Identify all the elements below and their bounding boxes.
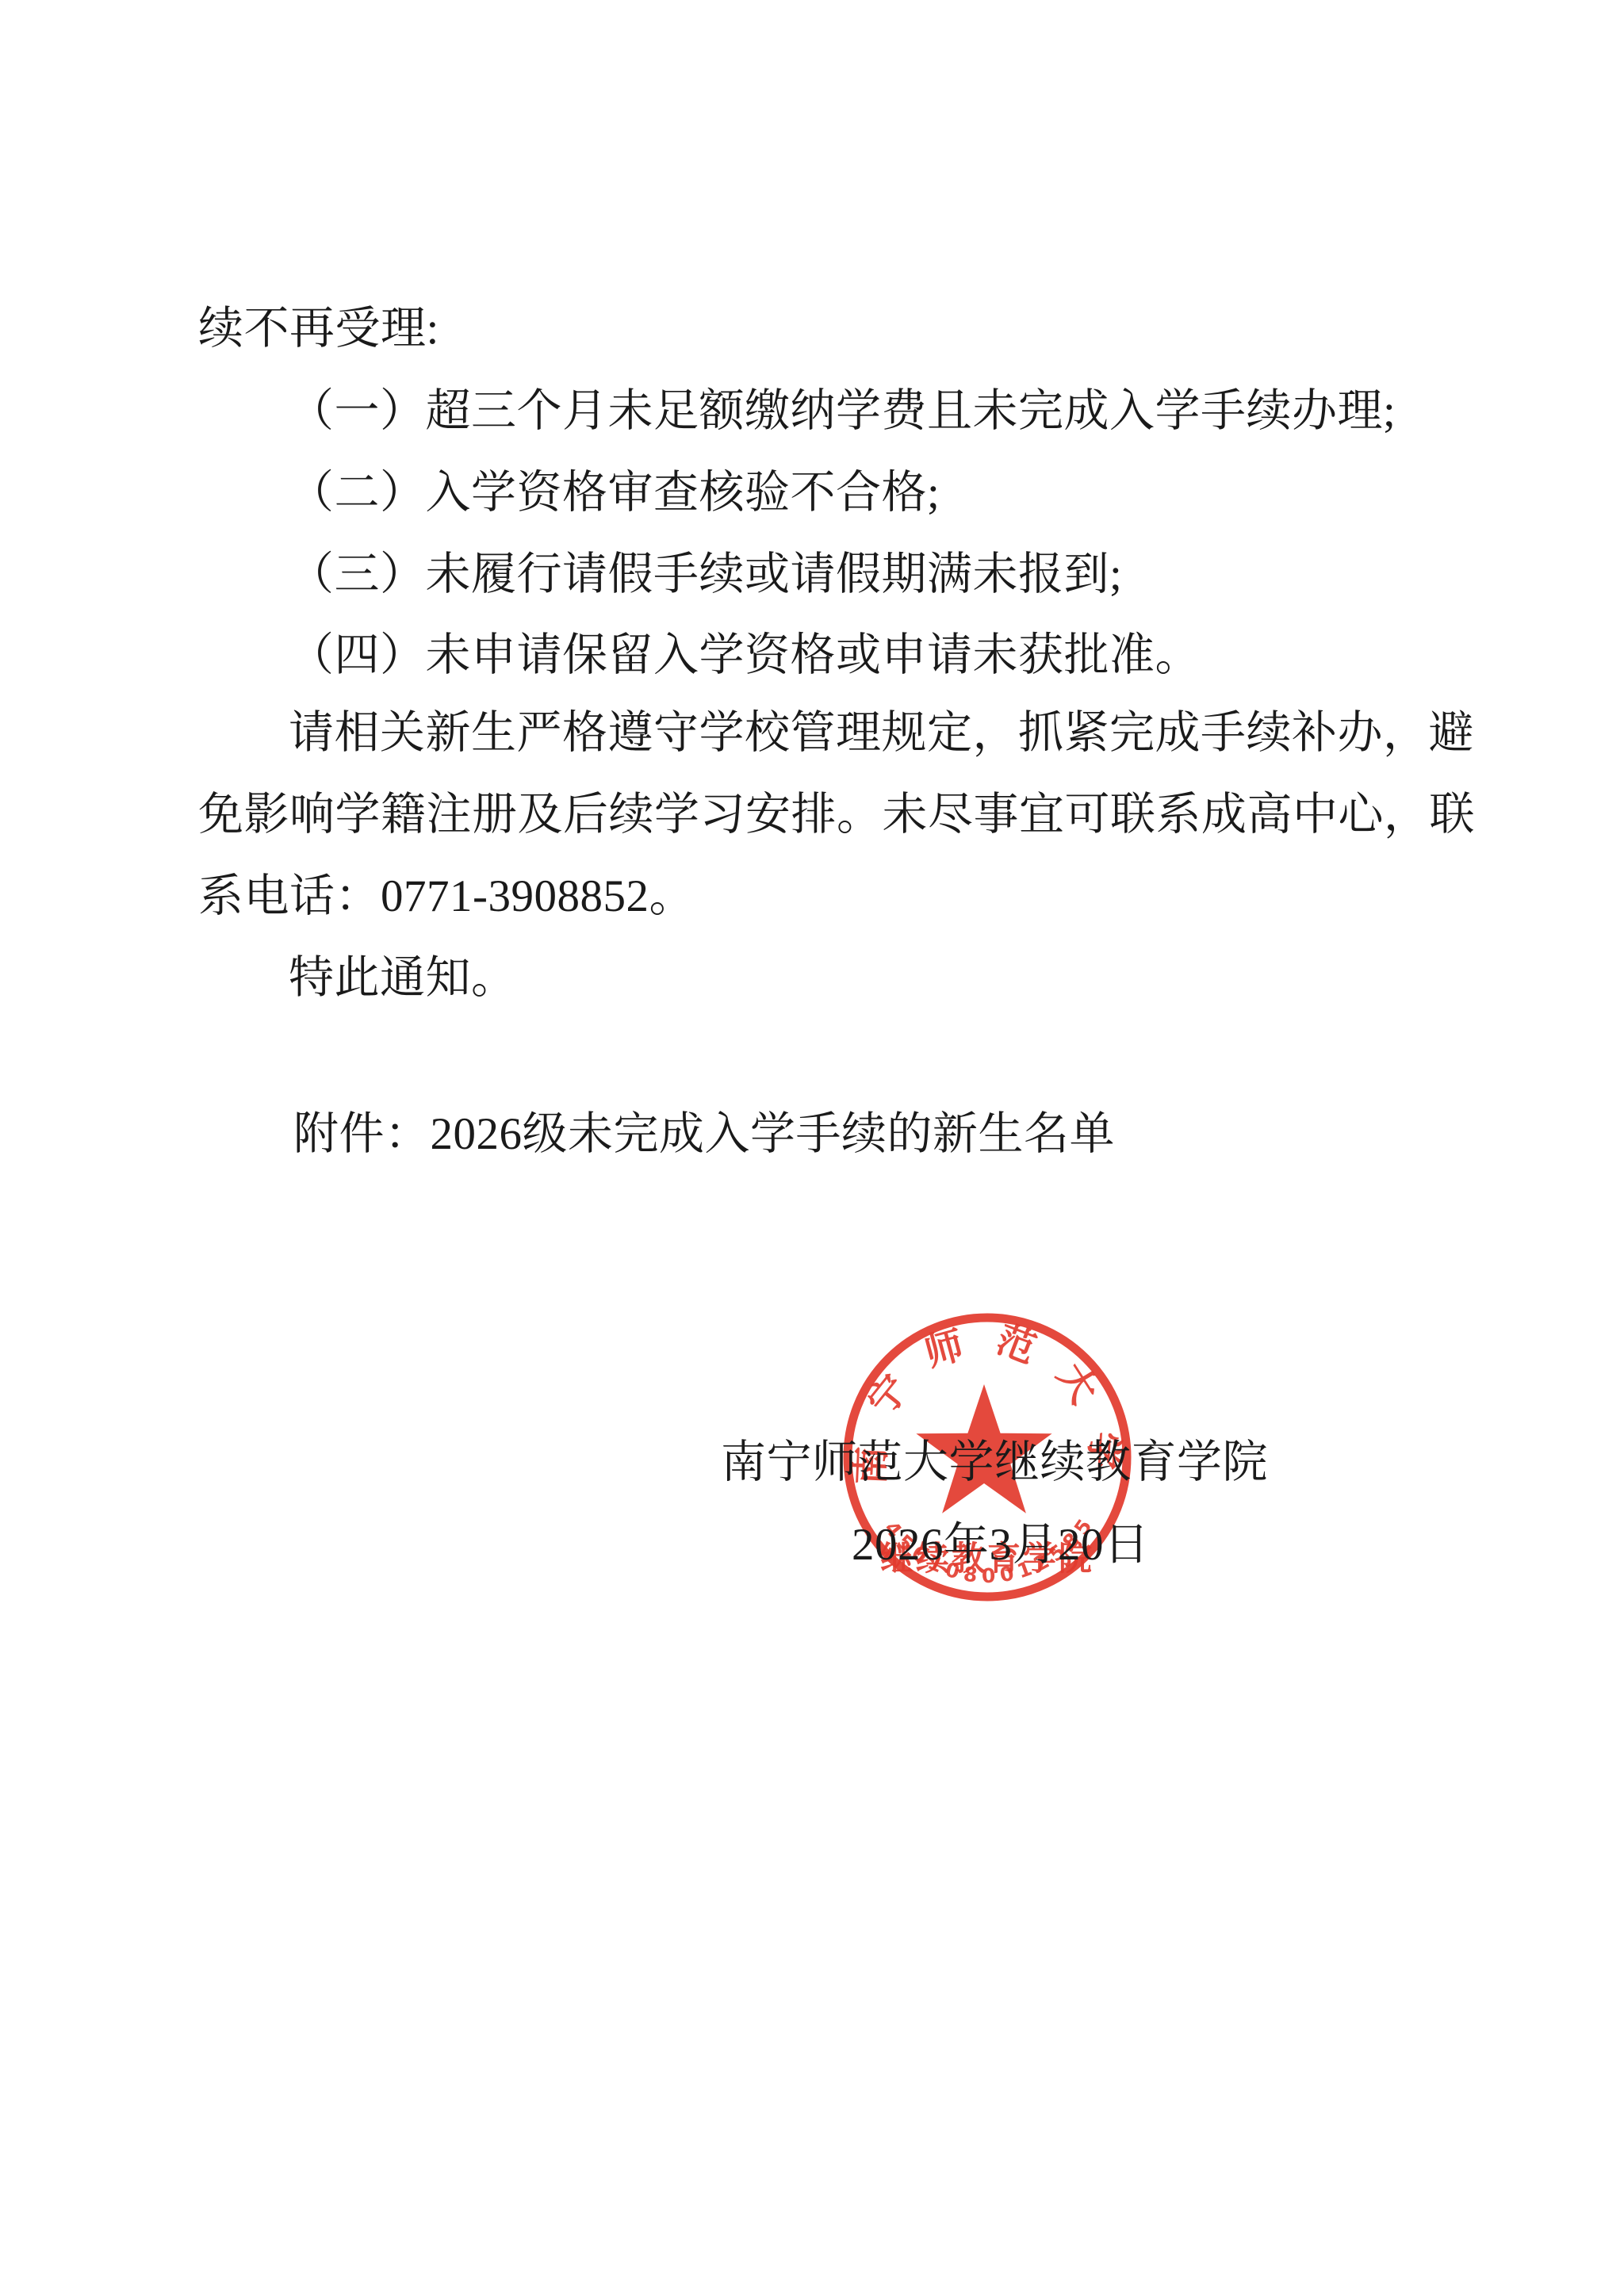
body-line-8: 系电话：0771-3908852。 <box>198 871 695 923</box>
body-line-6: 请相关新生严格遵守学校管理规定，抓紧完成手续补办，避 <box>289 707 1474 760</box>
body-line-5: （四）未申请保留入学资格或申请未获批准。 <box>289 629 1201 682</box>
body-line-7: 免影响学籍注册及后续学习安排。未尽事宜可联系成高中心，联 <box>198 789 1475 841</box>
signature-org: 南宁师范大学继续教育学院 <box>721 1437 1268 1489</box>
document-page: 续不再受理: （一）超三个月未足额缴纳学费且未完成入学手续办理; （二）入学资格… <box>0 0 1624 2296</box>
body-line-1: 续不再受理: <box>198 303 439 355</box>
body-line-2: （一）超三个月未足额缴纳学费且未完成入学手续办理; <box>289 385 1396 438</box>
body-line-9: 特此通知。 <box>289 952 517 1004</box>
attachment-line: 附件：2026级未完成入学手续的新生名单 <box>293 1108 1115 1161</box>
body-line-3: （二）入学资格审查核验不合格; <box>289 467 940 519</box>
body-line-4: （三）未履行请假手续或请假期满未报到; <box>289 549 1122 601</box>
signature-date: 2026年3月20日 <box>852 1519 1150 1571</box>
